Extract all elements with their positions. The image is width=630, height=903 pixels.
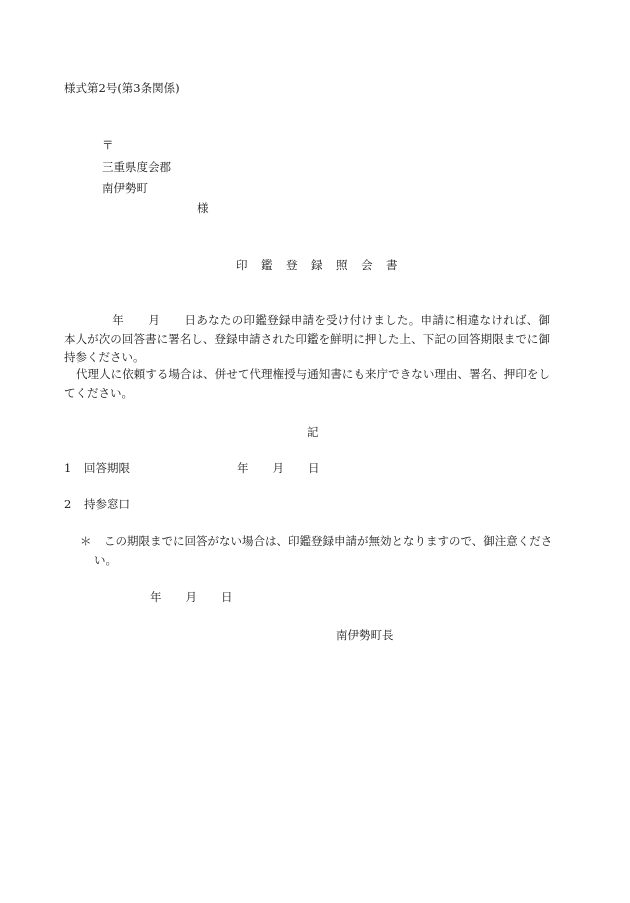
form-number: 様式第2号(第3条関係) xyxy=(64,81,180,95)
body-year-label: 年 xyxy=(112,313,124,327)
item-number: 2 xyxy=(64,497,84,511)
item-number: 1 xyxy=(64,461,84,475)
addressee-town: 南伊勢町 xyxy=(102,181,148,195)
note-text: この期限までに回答がない場合は、印鑑登録申請が無効となりますので、御注意ください… xyxy=(94,534,552,567)
deadline-year-label: 年 xyxy=(237,461,249,475)
item-response-deadline: 1回答期限 xyxy=(64,461,130,475)
note-paragraph: ＊この期限までに回答がない場合は、印鑑登録申請が無効となりますので、御注意くださ… xyxy=(80,532,564,570)
addressee-prefecture-district: 三重県度会郡 xyxy=(102,160,171,174)
issue-year-label: 年 xyxy=(150,590,162,604)
issue-day-label: 日 xyxy=(221,590,233,604)
issue-date: 年月日 xyxy=(150,590,233,604)
addressee-honorific: 様 xyxy=(197,201,209,215)
issue-month-label: 月 xyxy=(186,590,198,604)
body-month-label: 月 xyxy=(148,313,160,327)
body-paragraph-2: 代理人に依頼する場合は、併せて代理権授与通知書にも来庁できない理由、署名、押印を… xyxy=(64,365,550,402)
body-paragraph-1-text: 日あなたの印鑑登録申請を受け付けました。申請に相違なければ、御本人が次の回答書に… xyxy=(64,313,550,364)
document-title: 印鑑登録照会書 xyxy=(236,258,411,272)
body-paragraph-1: 年月日あなたの印鑑登録申請を受け付けました。申請に相違なければ、御本人が次の回答… xyxy=(64,311,550,367)
issuer-name: 南伊勢町長 xyxy=(336,628,394,642)
deadline-day-label: 日 xyxy=(308,461,320,475)
deadline-date: 年月日 xyxy=(237,461,320,475)
postal-mark: 〒 xyxy=(102,138,114,152)
item-submission-counter: 2持参窓口 xyxy=(64,497,130,511)
item-label: 回答期限 xyxy=(84,461,130,475)
item-label: 持参窓口 xyxy=(84,497,130,511)
asterisk-mark: ＊ xyxy=(80,532,104,551)
deadline-month-label: 月 xyxy=(273,461,285,475)
ki-heading: 記 xyxy=(307,425,319,439)
